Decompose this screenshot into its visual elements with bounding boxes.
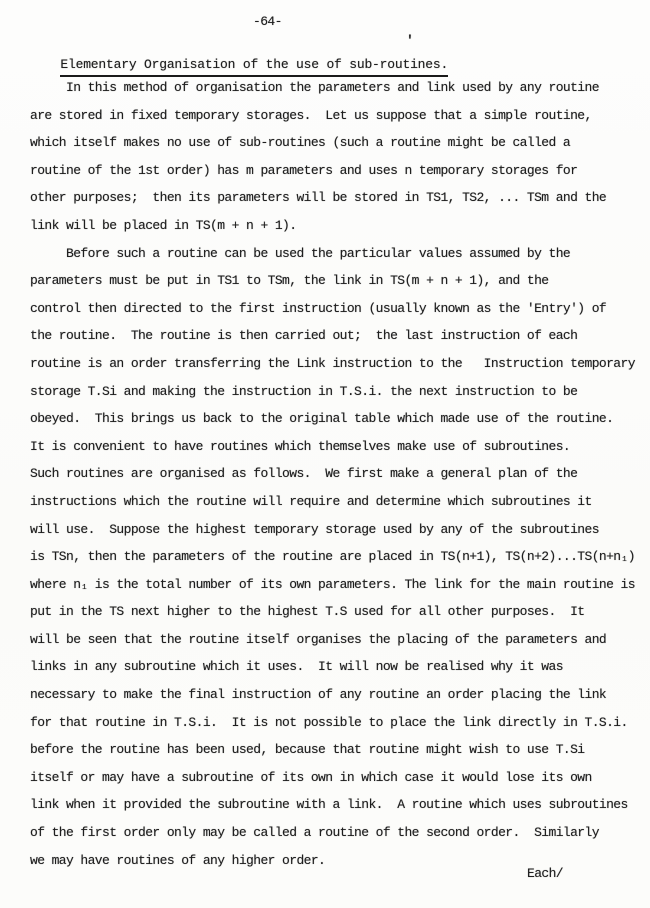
text-line: for that routine in T.S.i. It is not pos… (30, 709, 644, 737)
text-line: control then directed to the first instr… (30, 295, 644, 323)
text-line: itself or may have a subroutine of its o… (30, 764, 644, 792)
text-line: other purposes; then its parameters will… (30, 184, 644, 212)
text-line: link when it provided the subroutine wit… (30, 791, 644, 819)
text-line: Such routines are organised as follows. … (30, 460, 644, 488)
text-line: put in the TS next higher to the highest… (30, 598, 644, 626)
text-line: is TSn, then the parameters of the routi… (30, 543, 644, 571)
text-line: will use. Suppose the highest temporary … (30, 516, 644, 544)
page-number: -64- (253, 14, 282, 29)
text-line: routine is an order transferring the Lin… (30, 350, 644, 378)
body-text: In this method of organisation the param… (30, 74, 644, 874)
text-line: where n₁ is the total number of its own … (30, 571, 644, 599)
text-line: link will be placed in TS(m + n + 1). (30, 212, 644, 240)
text-line: the routine. The routine is then carried… (30, 322, 644, 350)
text-line: are stored in fixed temporary storages. … (30, 102, 644, 130)
text-line: of the first order only may be called a … (30, 819, 644, 847)
text-line: routine of the 1st order) has m paramete… (30, 157, 644, 185)
text-line: It is convenient to have routines which … (30, 433, 644, 461)
catchword: Each/ (527, 866, 563, 881)
text-line: In this method of organisation the param… (30, 74, 644, 102)
text-line: parameters must be put in TS1 to TSm, th… (30, 267, 644, 295)
text-line: links in any subroutine which it uses. I… (30, 653, 644, 681)
text-line: Before such a routine can be used the pa… (30, 240, 644, 268)
scanned-page: -64- ' Elementary Organisation of the us… (0, 0, 650, 908)
text-line: obeyed. This brings us back to the origi… (30, 405, 644, 433)
text-line: will be seen that the routine itself org… (30, 626, 644, 654)
text-line: storage T.Si and making the instruction … (30, 378, 644, 406)
text-line: which itself makes no use of sub-routine… (30, 129, 644, 157)
text-line: necessary to make the final instruction … (30, 681, 644, 709)
text-line: before the routine has been used, becaus… (30, 736, 644, 764)
text-line: instructions which the routine will requ… (30, 488, 644, 516)
